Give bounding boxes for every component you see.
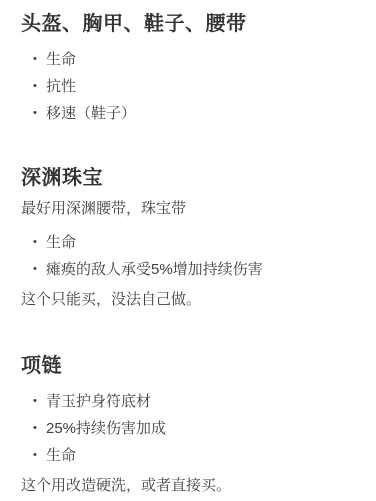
bullet-icon: • — [33, 100, 37, 127]
bullet-list-abyss-jewel: • 生命 • 瘫痪的敌人承受5%增加持续伤害 — [21, 229, 356, 283]
list-item-text: 生命 — [46, 234, 76, 251]
paragraph-intro: 最好用深渊腰带，珠宝带 — [21, 197, 356, 221]
section-heading-amulet: 项链 — [21, 352, 356, 380]
bullet-icon: • — [33, 442, 37, 469]
bullet-icon: • — [33, 256, 37, 283]
list-item: • 生命 — [21, 46, 356, 73]
list-item: • 瘫痪的敌人承受5%增加持续伤害 — [21, 256, 356, 283]
section-heading-gear: 头盔、胸甲、鞋子、腰带 — [21, 10, 356, 38]
list-item-text: 移速（鞋子） — [46, 105, 136, 122]
bullet-list-gear: • 生命 • 抗性 • 移速（鞋子） — [21, 46, 356, 127]
list-item: • 青玉护身符底材 — [21, 388, 356, 415]
section-amulet: 项链 • 青玉护身符底材 • 25%持续伤害加成 • 生命 这个用改造硬洗，或者… — [21, 352, 356, 498]
list-item-text: 青玉护身符底材 — [46, 393, 151, 410]
bullet-icon: • — [33, 73, 37, 100]
paragraph-outro: 这个只能买，没法自己做。 — [21, 288, 356, 312]
section-abyss-jewel: 深渊珠宝 最好用深渊腰带，珠宝带 • 生命 • 瘫痪的敌人承受5%增加持续伤害 … — [21, 164, 356, 312]
list-item-text: 生命 — [46, 447, 76, 464]
list-item: • 移速（鞋子） — [21, 100, 356, 127]
bullet-list-amulet: • 青玉护身符底材 • 25%持续伤害加成 • 生命 — [21, 388, 356, 469]
bullet-icon: • — [33, 388, 37, 415]
list-item-text: 瘫痪的敌人承受5%增加持续伤害 — [46, 261, 263, 278]
bullet-icon: • — [33, 229, 37, 256]
bullet-icon: • — [33, 415, 37, 442]
list-item: • 25%持续伤害加成 — [21, 415, 356, 442]
section-heading-abyss-jewel: 深渊珠宝 — [21, 164, 356, 192]
list-item: • 抗性 — [21, 73, 356, 100]
list-item: • 生命 — [21, 442, 356, 469]
list-item-text: 生命 — [46, 51, 76, 68]
list-item: • 生命 — [21, 229, 356, 256]
section-gear: 头盔、胸甲、鞋子、腰带 • 生命 • 抗性 • 移速（鞋子） — [21, 10, 356, 127]
list-item-text: 抗性 — [46, 78, 76, 95]
paragraph-outro: 这个用改造硬洗，或者直接买。 — [21, 474, 356, 498]
bullet-icon: • — [33, 46, 37, 73]
list-item-text: 25%持续伤害加成 — [46, 420, 166, 437]
article: 头盔、胸甲、鞋子、腰带 • 生命 • 抗性 • 移速（鞋子） 深渊珠宝 最好用深… — [0, 0, 376, 501]
